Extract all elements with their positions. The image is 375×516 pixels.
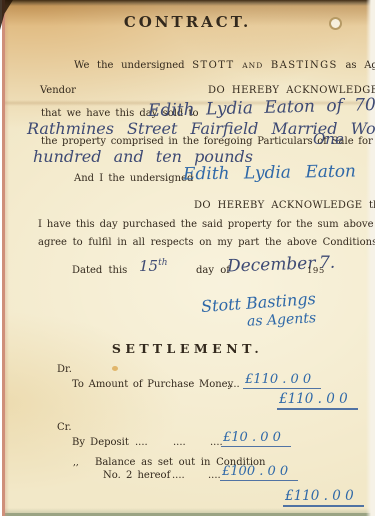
scanned-contract-page: CONTRACT. We the undersigned STOTT AND B… <box>0 0 375 516</box>
debit-total-amount: £110 . 0 0 <box>277 391 358 410</box>
debit-label: Dr. <box>57 364 72 375</box>
deposit-amount: £10 . 0 0 <box>221 430 291 447</box>
agent-signature-line-2: as Agents <box>247 310 317 330</box>
agent-conjunction: AND <box>242 61 263 70</box>
intro-pre: We the undersigned <box>74 60 185 71</box>
acknowledge-2-caps: DO HEREBY ACKNOWLEDGE <box>194 200 362 211</box>
contract-title: CONTRACT. <box>0 13 375 31</box>
vendor-label: Vendor <box>40 85 76 96</box>
purchased-line-1: I have this day purchased the said prope… <box>38 219 375 230</box>
acknowledge-2-post: that <box>369 200 375 211</box>
acknowledge-line-1: DO HEREBY ACKNOWLEDGE <box>208 85 375 96</box>
undersigned-printed: And I the undersigned <box>74 173 193 184</box>
acknowledge-line-2: DO HEREBY ACKNOWLEDGE that <box>194 200 375 211</box>
purchase-money-amount: £110 . 0 0 <box>243 372 321 389</box>
date-day-number: 15 <box>139 257 158 275</box>
price-word-one-handwriting: One <box>313 130 344 148</box>
day-of-printed: day of <box>196 265 230 276</box>
purchase-money-label: To Amount of Purchase Money <box>72 379 233 390</box>
balance-leader-2: .... <box>208 470 221 481</box>
credit-label: Cr. <box>57 422 72 433</box>
year-digit-handwriting: 7. <box>319 253 335 273</box>
intro-post: as Agents for the <box>345 60 375 71</box>
date-day-handwriting: 15th <box>139 257 168 275</box>
agent-name-1: STOTT <box>192 60 234 71</box>
agent-name-2: BASTINGS <box>271 60 338 71</box>
deposit-leader-2: .... <box>173 437 186 448</box>
purchaser-name-handwriting: Edith Lydia Eaton of 70 <box>148 95 375 121</box>
settlement-heading: SETTLEMENT. <box>0 341 375 356</box>
paper-stain <box>112 366 118 371</box>
deposit-leader-1: .... <box>135 437 148 448</box>
deposit-label: By Deposit <box>72 437 129 448</box>
date-day-ordinal: th <box>158 258 167 268</box>
balance-leader-1: .... <box>172 470 185 481</box>
credit-total-amount: £110 . 0 0 <box>283 488 364 507</box>
purchased-line-2: agree to fulfil in all respects on my pa… <box>38 237 375 248</box>
purchase-money-leader: .... <box>227 379 240 390</box>
purchaser-signature-handwriting: Edith Lydia Eaton <box>183 161 356 184</box>
balance-label-line-2: No. 2 hereof <box>103 470 170 481</box>
balance-ditto-mark: ,, <box>73 458 79 468</box>
date-month-handwriting: December <box>227 253 316 276</box>
intro-line: We the undersigned STOTT AND BASTINGS as… <box>74 60 375 71</box>
balance-amount: £100 . 0 0 <box>220 464 298 481</box>
dated-printed: Dated this <box>72 265 127 276</box>
